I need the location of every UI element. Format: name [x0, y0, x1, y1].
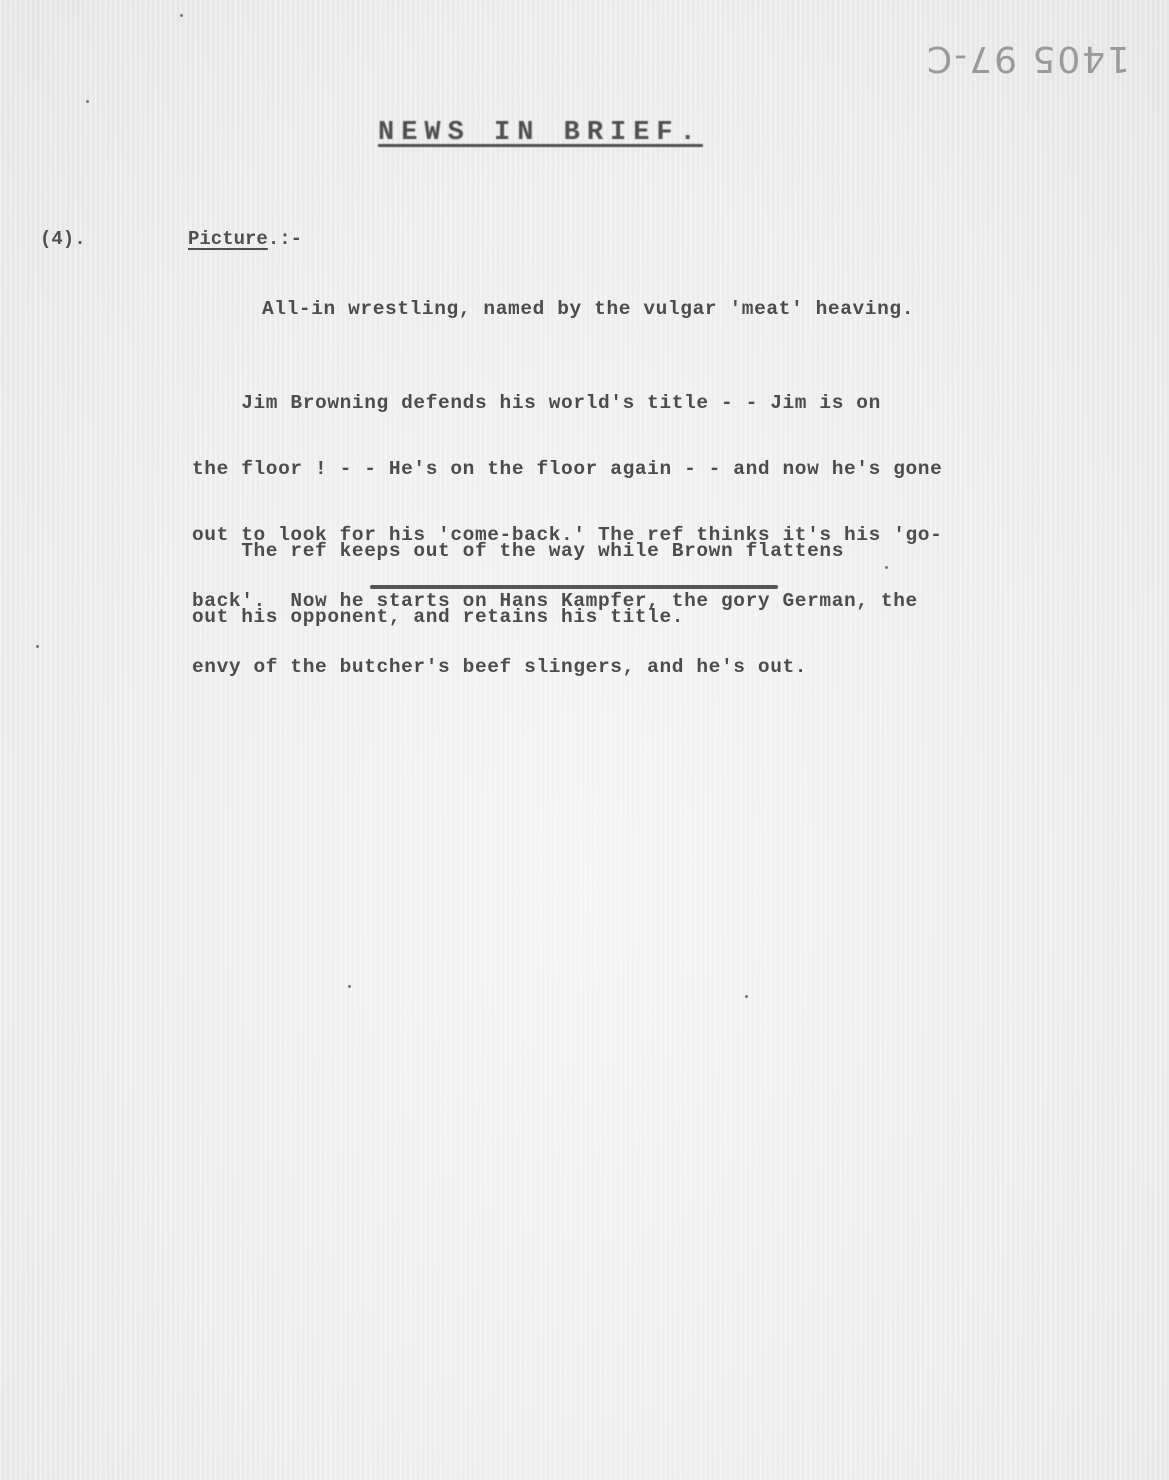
text-line: All-in wrestling, named by the vulgar 'm… — [262, 298, 1162, 320]
paper-speck — [86, 100, 89, 103]
paper-speck — [180, 14, 183, 17]
text-line: out his opponent, and retains his title. — [192, 606, 1092, 628]
text-line: Jim Browning defends his world's title -… — [192, 392, 1092, 414]
paper-speck — [745, 995, 748, 998]
paragraph-intro: All-in wrestling, named by the vulgar 'm… — [262, 298, 1162, 320]
text-line: The ref keeps out of the way while Brown… — [192, 540, 1092, 562]
paper-speck — [885, 566, 888, 569]
paper-background — [0, 0, 1169, 1480]
end-rule-divider — [370, 585, 778, 589]
paper-speck — [36, 645, 39, 648]
handwritten-reference-number: 1405 97-C — [925, 38, 1130, 79]
paragraph-closing: The ref keeps out of the way while Brown… — [192, 496, 1092, 650]
document-heading: NEWS IN BRIEF. — [378, 118, 703, 148]
item-number: (4). — [40, 228, 86, 250]
section-label-text: Picture — [188, 228, 268, 250]
paper-speck — [348, 985, 351, 988]
section-label: Picture.:- — [188, 228, 302, 250]
text-line: envy of the butcher's beef slingers, and… — [192, 656, 1092, 678]
section-label-suffix: .:- — [268, 228, 302, 250]
text-line: the floor ! - - He's on the floor again … — [192, 458, 1092, 480]
